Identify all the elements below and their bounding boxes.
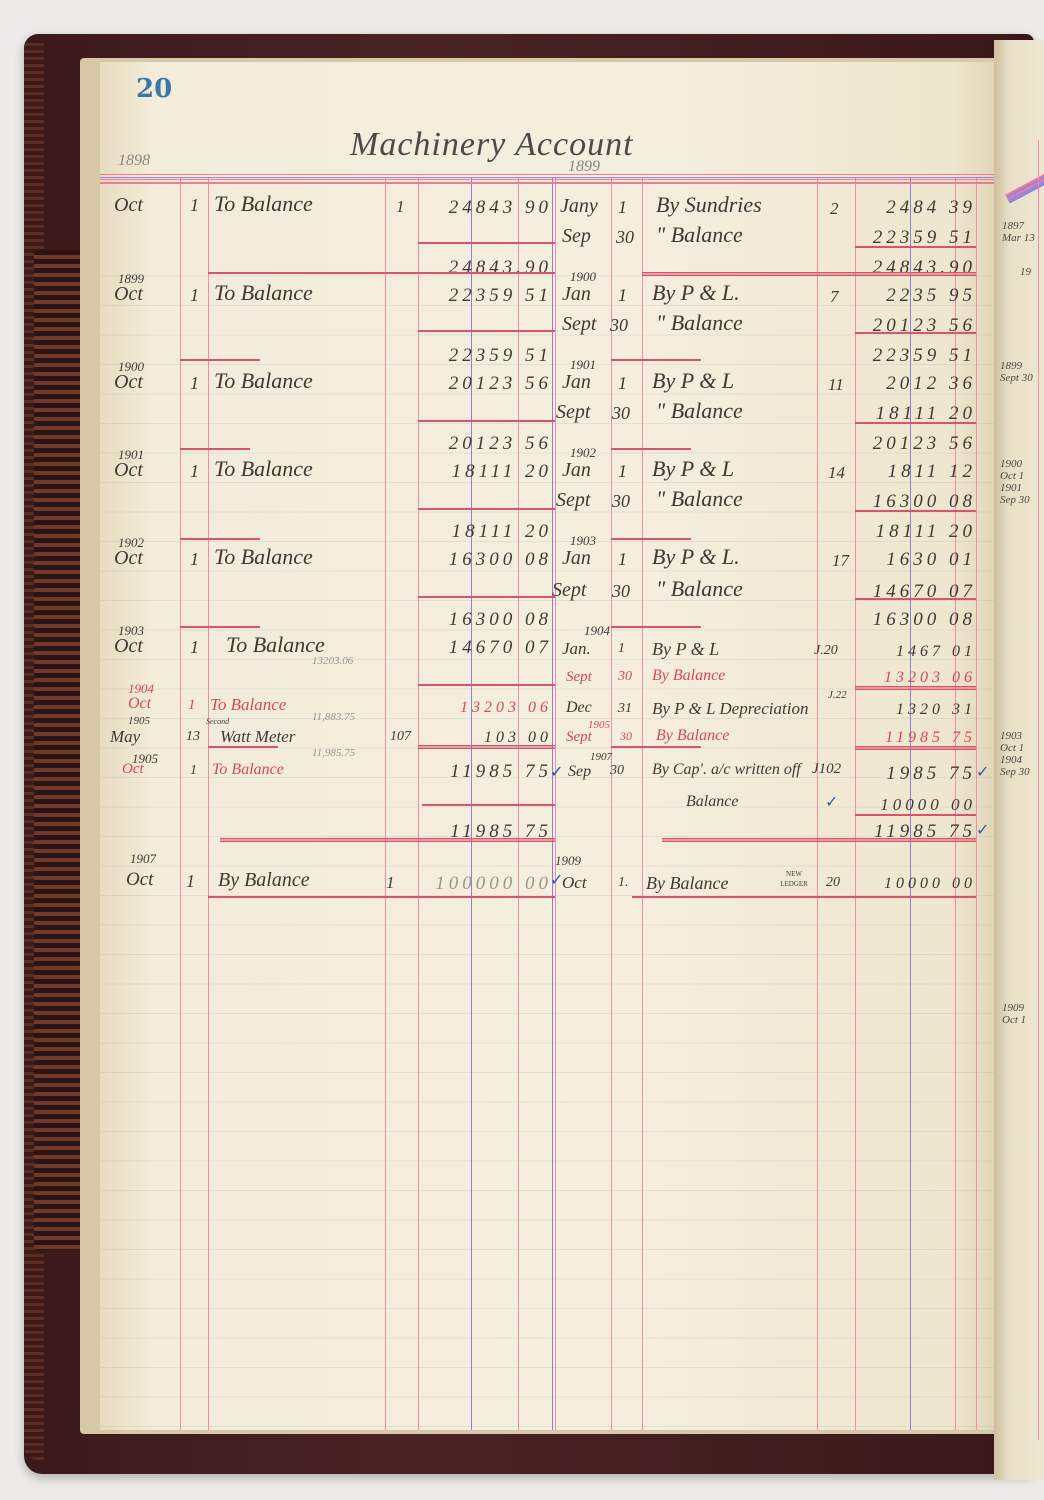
- credit-month: Sept: [562, 314, 596, 334]
- credit-folio: 11: [828, 376, 844, 393]
- debit-day: 1: [190, 286, 199, 304]
- debit-month: Oct: [114, 284, 143, 304]
- debit-month: Oct: [128, 696, 151, 712]
- credit-year: 1909: [555, 854, 581, 867]
- rule-line: [180, 448, 250, 450]
- debit-particulars: To Balance: [214, 458, 313, 480]
- debit-particulars: To Balance: [214, 546, 313, 568]
- credit-day: 30: [610, 316, 628, 334]
- rule-line: [418, 596, 555, 598]
- page-number: 20: [136, 74, 172, 104]
- credit-particulars: " Balance: [656, 400, 743, 422]
- credit-day: 30: [620, 730, 632, 742]
- credit-month: Sep: [568, 764, 591, 780]
- credit-day: 30: [612, 582, 630, 600]
- rule-line: [855, 598, 976, 600]
- credit-amount: 2012 36: [850, 374, 976, 393]
- debit-amount: 22359 51: [422, 286, 552, 305]
- debit-year: 1905: [128, 716, 150, 727]
- credit-month: Jan.: [562, 640, 591, 657]
- debit-day: 1: [186, 872, 195, 890]
- credit-folio: 14: [828, 464, 845, 481]
- rule-line: [611, 746, 701, 748]
- credit-particulars: By Cap'. a/c written off: [652, 762, 801, 778]
- ledger-page: 20 Machinery Account 1898 1899 Oct 1 To …: [100, 62, 995, 1430]
- debit-particulars: To Balance: [210, 696, 286, 713]
- credit-day: 1: [618, 198, 627, 216]
- credit-day: 1: [618, 642, 625, 656]
- facing-entry: 1900 Oct 1 1901 Sep 30: [1000, 458, 1030, 506]
- credit-month: Dec: [566, 700, 592, 716]
- rule-debit-amount: [418, 177, 419, 1430]
- credit-year: 1904: [584, 624, 610, 637]
- credit-amount: 1630 01: [850, 550, 976, 569]
- debit-note: 13203.06: [312, 656, 353, 667]
- rule-line: [855, 422, 976, 424]
- debit-day: 1: [190, 462, 199, 480]
- credit-year: 1901: [570, 358, 596, 371]
- rule-line: [418, 242, 555, 244]
- debit-amount: 13203 06: [422, 700, 552, 716]
- credit-day: 1: [618, 286, 627, 304]
- rule-line: [418, 684, 555, 686]
- credit-month: Oct: [562, 874, 587, 891]
- credit-day: 31: [618, 702, 632, 716]
- rule-line: [855, 814, 976, 816]
- debit-amount: 103 00: [422, 730, 552, 746]
- credit-particulars: By P & L: [652, 458, 734, 480]
- debit-amount: 18111 20: [422, 462, 552, 481]
- rule-line: [855, 510, 976, 512]
- credit-amount: 13203 06: [850, 670, 976, 686]
- header-year-left: 1898: [118, 152, 150, 170]
- credit-particulars: By Balance: [646, 874, 728, 892]
- credit-folio: 20: [826, 876, 840, 890]
- debit-day: 13: [186, 730, 200, 744]
- header-rule-band: [100, 174, 995, 184]
- credit-amount: 10000 00: [850, 876, 976, 892]
- credit-day: 1.: [618, 876, 629, 890]
- credit-day: 1: [618, 462, 627, 480]
- rule-line: [208, 746, 278, 748]
- credit-amount: 2484 39: [850, 198, 976, 217]
- debit-amount: 24843 90: [422, 198, 552, 217]
- debit-prefix: Second: [206, 718, 229, 726]
- rule-credit-day: [611, 177, 612, 1430]
- credit-particulars: By Balance: [652, 668, 725, 684]
- debit-year: 1907: [130, 852, 156, 865]
- credit-day: 30: [618, 670, 632, 684]
- credit-month: Sept: [556, 402, 590, 422]
- rule-line: [642, 272, 976, 276]
- rule-line: [220, 838, 555, 842]
- credit-day: 30: [616, 228, 634, 246]
- rule-line: [208, 896, 555, 898]
- check-mark-icon: ✓: [550, 762, 563, 781]
- credit-year: 1902: [570, 446, 596, 459]
- credit-folio: 17: [832, 552, 849, 569]
- credit-month: Jan: [562, 460, 591, 480]
- debit-month: Oct: [114, 372, 143, 392]
- credit-day: 30: [610, 764, 624, 778]
- rule-credit-folio: [817, 177, 818, 1430]
- credit-particulars: By Balance: [656, 728, 729, 744]
- debit-amount: 14670 07: [422, 638, 552, 657]
- rule-line: [180, 359, 260, 361]
- credit-amount: 1320 31: [850, 702, 976, 718]
- debit-particulars: To Balance: [214, 193, 313, 215]
- debit-total: 16300 08: [422, 610, 552, 629]
- debit-note: 11,883.75: [312, 712, 355, 723]
- debit-month: Oct: [114, 195, 143, 215]
- debit-particulars: To Balance: [214, 282, 313, 304]
- credit-day: 30: [612, 404, 630, 422]
- facing-page-edge: 1897 Mar 13 19 1899 Sept 30 1900 Oct 1 1…: [994, 40, 1044, 1480]
- facing-rule: [1038, 140, 1039, 1440]
- rule-line: [611, 626, 701, 628]
- credit-folio: J.20: [814, 644, 838, 658]
- credit-particulars: " Balance: [656, 224, 743, 246]
- rule-line: [855, 746, 976, 750]
- credit-amount: 10000 00: [850, 796, 976, 813]
- debit-month: Oct: [126, 870, 153, 889]
- credit-particulars: By P & L: [652, 370, 734, 392]
- rule-line: [855, 246, 976, 248]
- credit-amount: 16300 08: [850, 492, 976, 511]
- debit-month: Oct: [114, 548, 143, 568]
- credit-month: Sept: [566, 670, 592, 685]
- rule-line: [418, 420, 555, 422]
- credit-total: 18111 20: [850, 522, 976, 541]
- rule-credit-right: [976, 177, 977, 1430]
- credit-month: Sept: [556, 490, 590, 510]
- rule-line: [208, 272, 555, 274]
- rule-line: [180, 626, 260, 628]
- credit-amount: 18111 20: [850, 404, 976, 423]
- facing-entry: 1899 Sept 30: [1000, 360, 1033, 384]
- rule-debit-folio: [385, 177, 386, 1430]
- debit-folio: 1: [396, 198, 405, 215]
- credit-year: 1900: [570, 270, 596, 283]
- credit-day: 30: [612, 492, 630, 510]
- facing-entry: 1909 Oct 1: [1002, 1002, 1026, 1026]
- credit-month: Sept: [566, 730, 592, 745]
- rule-line: [611, 538, 691, 540]
- rule-debit-day: [180, 177, 181, 1430]
- debit-month: May: [110, 728, 140, 745]
- credit-day: 1: [618, 374, 627, 392]
- credit-day: 1: [618, 550, 627, 568]
- rule-center-red: [555, 177, 556, 1430]
- debit-total: 18111 20: [422, 522, 552, 541]
- rule-line: [418, 745, 555, 749]
- credit-folio: 7: [830, 288, 839, 305]
- credit-month: Jan: [562, 284, 591, 304]
- credit-amount: 11985 75: [850, 730, 976, 746]
- facing-entry: 1903 Oct 1 1904 Sep 30: [1000, 730, 1030, 778]
- rule-line: [422, 804, 555, 806]
- debit-total: 22359 51: [422, 346, 552, 365]
- debit-amount: 16300 08: [422, 550, 552, 569]
- debit-month: Oct: [114, 636, 143, 656]
- debit-day: 1: [190, 374, 199, 392]
- rule-line: [611, 359, 701, 361]
- credit-particulars: By P & L: [652, 640, 719, 658]
- credit-total: 20123 56: [850, 434, 976, 453]
- credit-particulars: By Sundries: [656, 194, 762, 216]
- check-mark-icon: ✓: [825, 792, 838, 811]
- debit-folio: 1: [386, 874, 395, 891]
- debit-amount: 11985 75: [422, 762, 552, 781]
- debit-folio: 107: [390, 730, 411, 744]
- facing-entry: 1897 Mar 13: [1002, 220, 1035, 244]
- credit-particulars: Balance: [686, 794, 738, 810]
- debit-particulars: By Balance: [218, 870, 310, 890]
- rule-line: [662, 838, 976, 842]
- credit-particulars: By P & L Depreciation: [652, 700, 808, 717]
- credit-month: Jan: [562, 372, 591, 392]
- debit-particulars: To Balance: [226, 634, 325, 656]
- credit-amount: 1811 12: [850, 462, 976, 481]
- credit-particulars: " Balance: [656, 488, 743, 510]
- credit-folio: 2: [830, 200, 839, 217]
- credit-folio: J102: [812, 762, 841, 777]
- debit-day: 1: [188, 698, 196, 713]
- debit-day: 1: [190, 550, 199, 568]
- credit-month: Sept: [552, 580, 586, 600]
- rule-credit-particulars: [642, 177, 643, 1430]
- debit-particulars: To Balance: [214, 370, 313, 392]
- credit-total: 16300 08: [850, 610, 976, 629]
- debit-day: 1: [190, 638, 199, 656]
- debit-year: 1904: [128, 682, 154, 695]
- credit-month: Jany: [560, 196, 598, 216]
- facing-entry: 19: [1020, 266, 1031, 278]
- rule-line: [180, 538, 260, 540]
- credit-amount: 1467 01: [850, 644, 976, 660]
- rule-line: [418, 508, 555, 510]
- credit-month: Sep: [562, 226, 591, 246]
- rule-line: [855, 686, 976, 690]
- header-year-right: 1899: [568, 158, 600, 176]
- credit-amount: 2235 95: [850, 286, 976, 305]
- credit-year: 1907: [590, 752, 612, 763]
- credit-particulars: By P & L.: [652, 282, 740, 304]
- debit-note: 11,985.75: [312, 748, 355, 759]
- debit-particulars: To Balance: [212, 762, 284, 778]
- check-mark-icon: ✓: [976, 820, 989, 839]
- credit-month: Jan: [562, 548, 591, 568]
- credit-particulars: " Balance: [656, 578, 743, 600]
- credit-year: 1903: [570, 534, 596, 547]
- credit-amount: 22359 51: [850, 228, 976, 247]
- debit-total: 24843.90: [422, 258, 552, 277]
- debit-amount: 100000 00: [422, 874, 552, 893]
- debit-day: 1: [190, 196, 199, 214]
- rule-line: [418, 330, 555, 332]
- debit-month: Oct: [122, 762, 144, 777]
- rule-line: [611, 448, 691, 450]
- debit-day: 1: [190, 764, 197, 778]
- credit-particulars: " Balance: [656, 312, 743, 334]
- debit-month: Oct: [114, 460, 143, 480]
- rule-line: [855, 332, 976, 334]
- debit-particulars: Watt Meter: [220, 728, 295, 745]
- page-edges: [34, 250, 86, 1250]
- new-ledger-annotation: NEW LEDGER: [777, 870, 811, 890]
- debit-total: 20123 56: [422, 434, 552, 453]
- rule-debit-particulars: [208, 177, 209, 1430]
- credit-amount: 1985 75: [850, 764, 976, 783]
- rule-line: [632, 896, 976, 898]
- credit-total: 22359 51: [850, 346, 976, 365]
- check-mark-icon: ✓: [976, 762, 989, 781]
- credit-particulars: By P & L.: [652, 546, 740, 568]
- credit-folio: J.22: [828, 690, 847, 701]
- debit-amount: 20123 56: [422, 374, 552, 393]
